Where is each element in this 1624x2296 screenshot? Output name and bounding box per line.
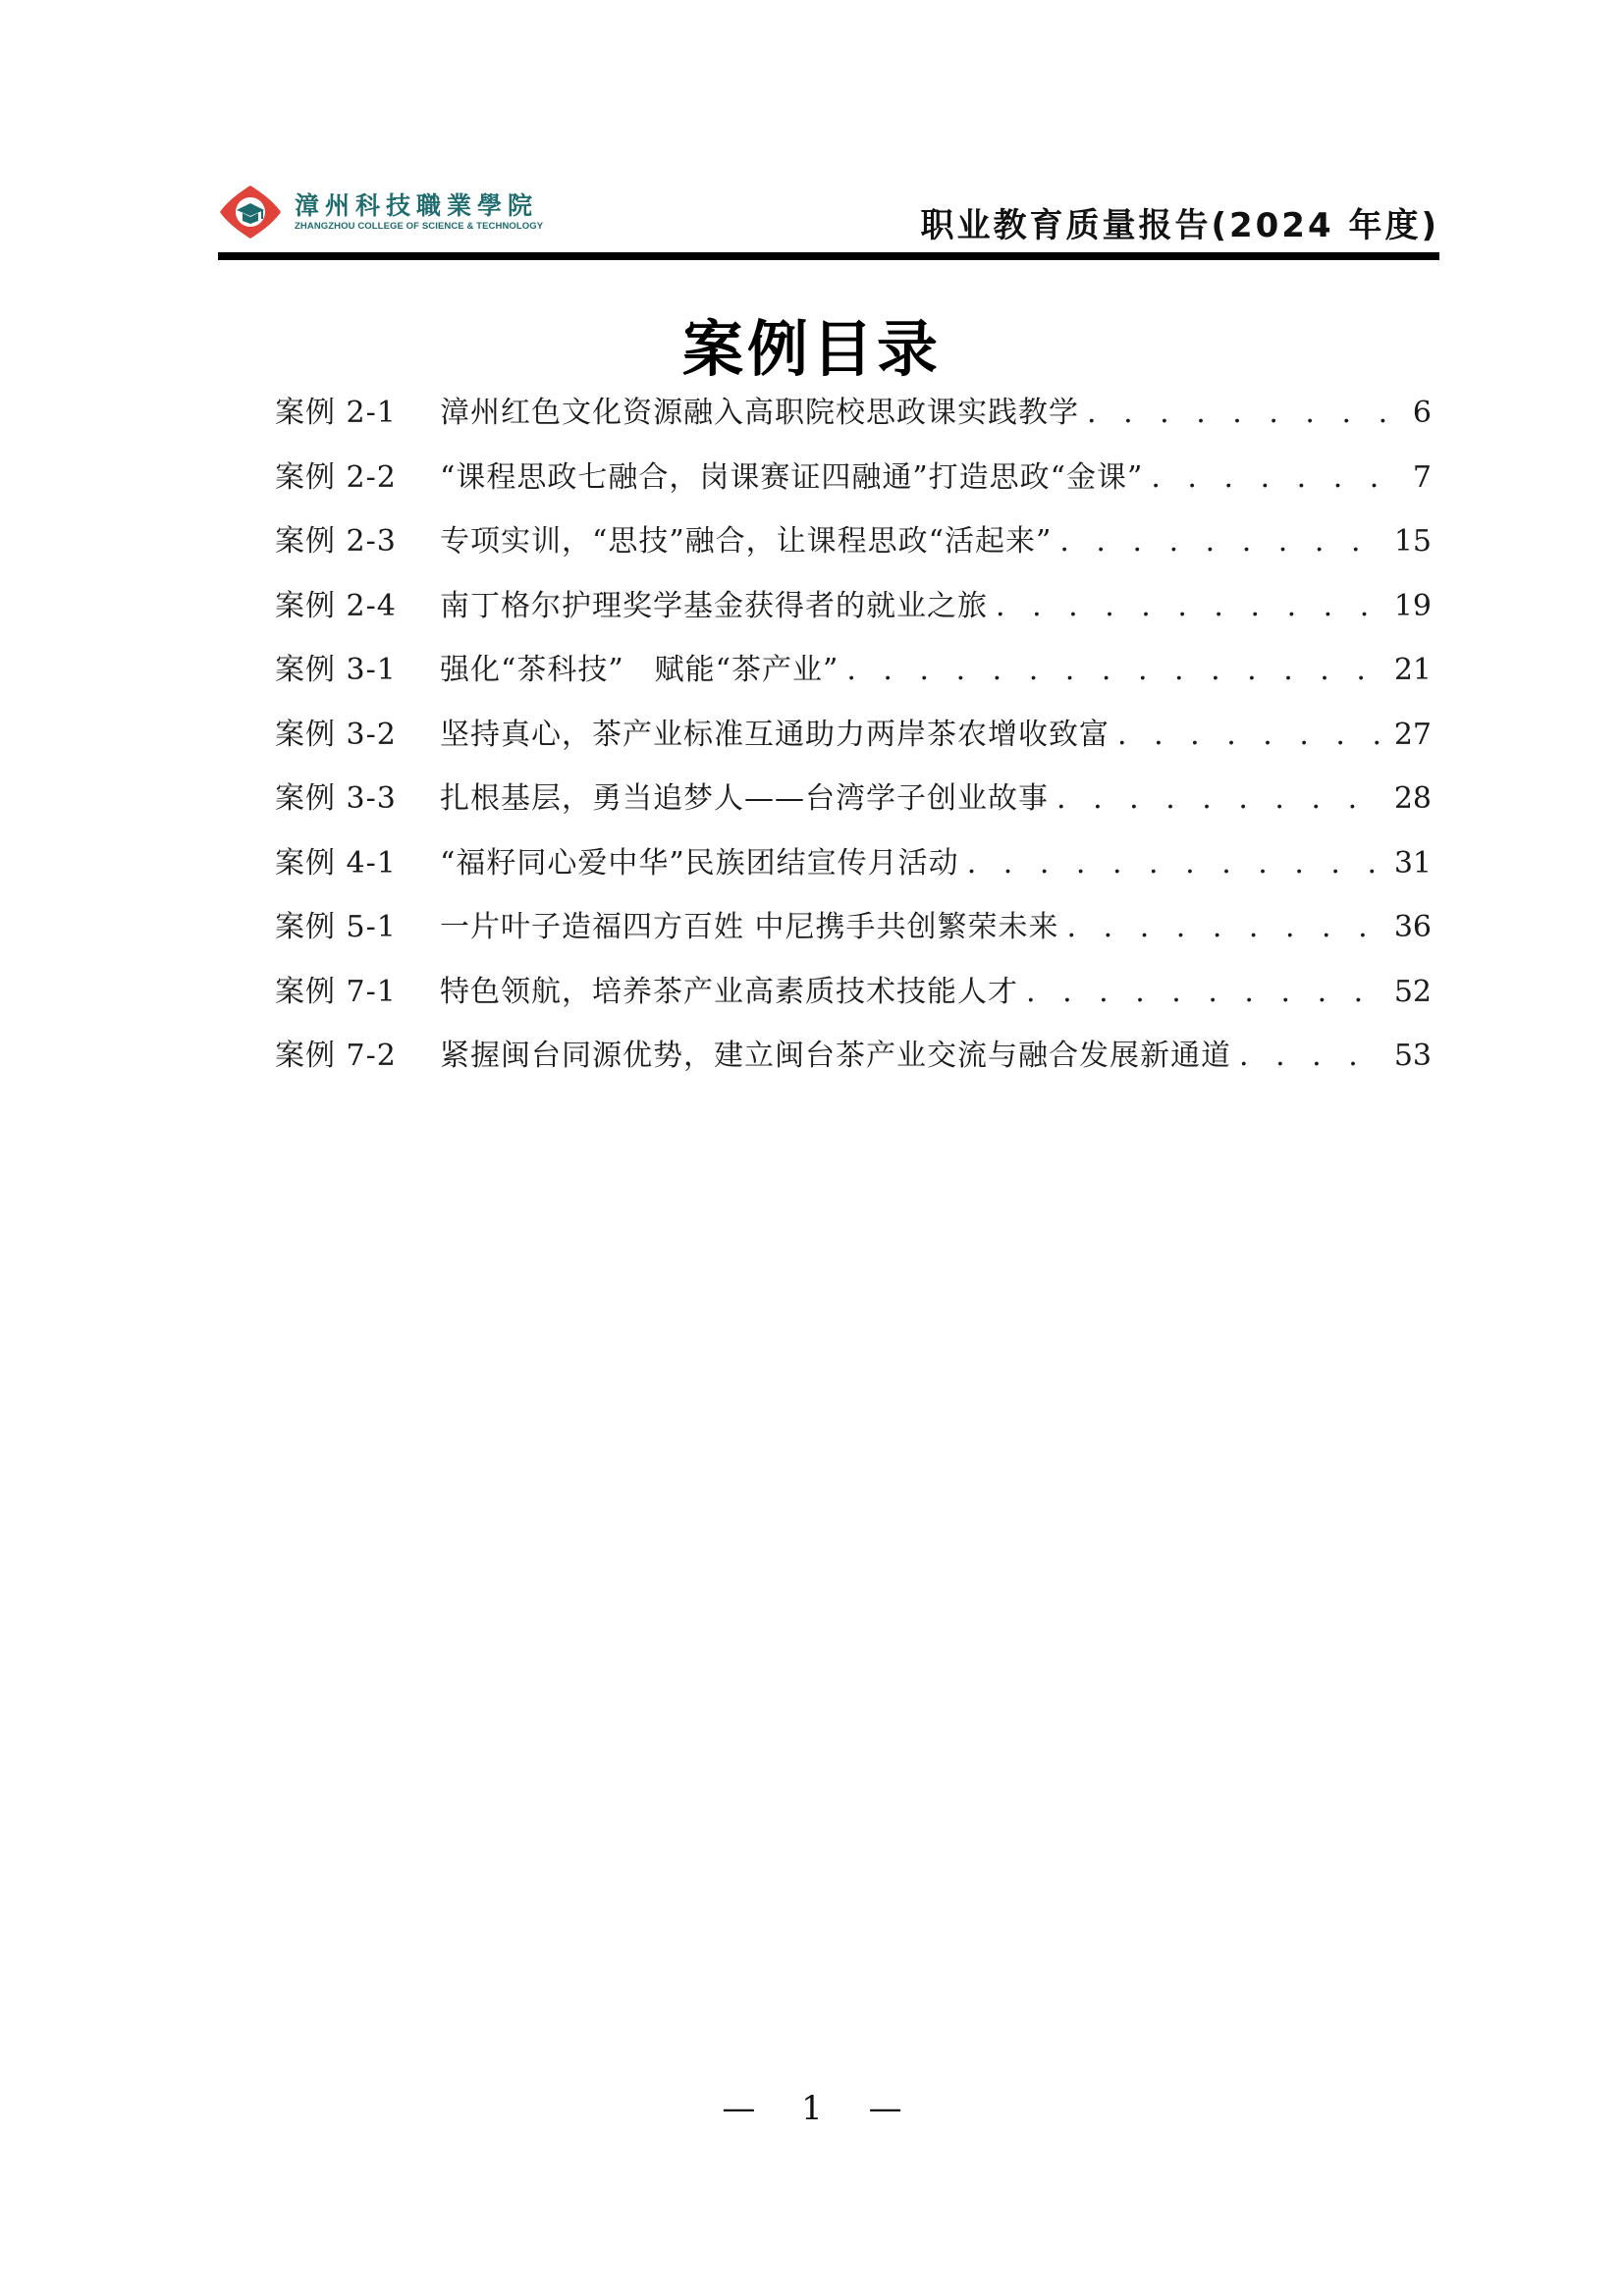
toc-entry-label: 案例 2-1 bbox=[275, 391, 440, 436]
toc-entry-label: 案例 3-2 bbox=[275, 713, 440, 758]
footer-dash-left: — bbox=[722, 2089, 755, 2128]
toc-entry-label: 案例 7-1 bbox=[275, 970, 440, 1015]
toc-leader-dots bbox=[1026, 970, 1386, 1015]
toc-entry-title: 漳州红色文化资源融入高职院校思政课实践教学 bbox=[440, 391, 1079, 436]
toc-entry-title: 专项实训，“思技”融合，让课程思政“活起来” bbox=[440, 519, 1052, 564]
toc-entry[interactable]: 案例 4-1 “福籽同心爱中华”民族团结宣传月活动 31 bbox=[275, 841, 1432, 906]
toc-entry-page: 31 bbox=[1394, 841, 1432, 886]
toc-list: 案例 2-1 漳州红色文化资源融入高职院校思政课实践教学 6 案例 2-2 “课… bbox=[275, 391, 1432, 1098]
toc-entry-title: 强化“茶科技” 赋能“茶产业” bbox=[440, 648, 839, 693]
toc-entry-page: 52 bbox=[1394, 970, 1432, 1015]
toc-entry-page: 21 bbox=[1394, 648, 1432, 693]
toc-leader-dots bbox=[1117, 713, 1386, 758]
toc-entry-page: 28 bbox=[1394, 776, 1432, 822]
college-name-en: ZHANGZHOU COLLEGE OF SCIENCE & TECHNOLOG… bbox=[295, 221, 543, 233]
header-divider bbox=[218, 252, 1439, 260]
toc-entry[interactable]: 案例 3-1 强化“茶科技” 赋能“茶产业” 21 bbox=[275, 648, 1432, 713]
toc-entry[interactable]: 案例 3-3 扎根基层，勇当追梦人——台湾学子创业故事 28 bbox=[275, 776, 1432, 841]
page-number: 1 bbox=[801, 2089, 823, 2128]
toc-entry-label: 案例 5-1 bbox=[275, 905, 440, 950]
toc-entry-title: 坚持真心，茶产业标准互通助力两岸茶农增收致富 bbox=[440, 713, 1110, 758]
toc-leader-dots bbox=[1151, 455, 1404, 501]
toc-entry-label: 案例 2-4 bbox=[275, 584, 440, 629]
toc-entry-label: 案例 2-3 bbox=[275, 519, 440, 564]
toc-leader-dots bbox=[996, 584, 1386, 629]
toc-entry-title: “课程思政七融合，岗课赛证四融通”打造思政“金课” bbox=[440, 455, 1143, 501]
toc-entry-label: 案例 7-2 bbox=[275, 1034, 440, 1079]
toc-leader-dots bbox=[1239, 1034, 1386, 1079]
toc-leader-dots bbox=[967, 841, 1386, 886]
toc-entry[interactable]: 案例 2-2 “课程思政七融合，岗课赛证四融通”打造思政“金课” 7 bbox=[275, 455, 1432, 520]
toc-entry-page: 27 bbox=[1394, 713, 1432, 758]
toc-entry-title: “福籽同心爱中华”民族团结宣传月活动 bbox=[440, 841, 959, 886]
toc-entry-title: 南丁格尔护理奖学基金获得者的就业之旅 bbox=[440, 584, 988, 629]
toc-entry[interactable]: 案例 2-1 漳州红色文化资源融入高职院校思政课实践教学 6 bbox=[275, 391, 1432, 455]
toc-entry[interactable]: 案例 2-3 专项实训，“思技”融合，让课程思政“活起来” 15 bbox=[275, 519, 1432, 584]
toc-entry-page: 7 bbox=[1412, 455, 1432, 501]
toc-leader-dots bbox=[1087, 391, 1404, 436]
college-emblem-icon bbox=[218, 184, 283, 240]
toc-entry[interactable]: 案例 5-1 一片叶子造福四方百姓 中尼携手共创繁荣未来 36 bbox=[275, 905, 1432, 970]
toc-entry-page: 53 bbox=[1394, 1034, 1432, 1079]
page-header: 漳州科技職業學院 ZHANGZHOU COLLEGE OF SCIENCE & … bbox=[218, 177, 1439, 263]
toc-leader-dots bbox=[1059, 519, 1385, 564]
toc-entry-title: 紧握闽台同源优势，建立闽台茶产业交流与融合发展新通道 bbox=[440, 1034, 1231, 1079]
college-name-cn: 漳州科技職業學院 bbox=[295, 191, 543, 221]
toc-entry-label: 案例 2-2 bbox=[275, 455, 440, 501]
toc-entry-title: 扎根基层，勇当追梦人——台湾学子创业故事 bbox=[440, 776, 1049, 822]
toc-entry-title: 特色领航，培养茶产业高素质技术技能人才 bbox=[440, 970, 1018, 1015]
toc-entry[interactable]: 案例 3-2 坚持真心，茶产业标准互通助力两岸茶农增收致富 27 bbox=[275, 713, 1432, 777]
toc-entry[interactable]: 案例 2-4 南丁格尔护理奖学基金获得者的就业之旅 19 bbox=[275, 584, 1432, 649]
toc-entry[interactable]: 案例 7-2 紧握闽台同源优势，建立闽台茶产业交流与融合发展新通道 53 bbox=[275, 1034, 1432, 1098]
footer-dash-right: — bbox=[869, 2089, 902, 2128]
toc-entry-page: 19 bbox=[1394, 584, 1432, 629]
toc-leader-dots bbox=[1056, 776, 1386, 822]
toc-leader-dots bbox=[1067, 905, 1386, 950]
college-logo: 漳州科技職業學院 ZHANGZHOU COLLEGE OF SCIENCE & … bbox=[218, 183, 543, 241]
toc-title: 案例目录 bbox=[0, 300, 1624, 388]
report-title: 职业教育质量报告(2024 年度) bbox=[920, 198, 1439, 246]
toc-entry-page: 36 bbox=[1394, 905, 1432, 950]
toc-entry-page: 6 bbox=[1412, 391, 1432, 436]
toc-entry-page: 15 bbox=[1394, 519, 1432, 564]
toc-entry[interactable]: 案例 7-1 特色领航，培养茶产业高素质技术技能人才 52 bbox=[275, 970, 1432, 1035]
toc-entry-label: 案例 3-1 bbox=[275, 648, 440, 693]
toc-leader-dots bbox=[846, 648, 1385, 693]
toc-entry-label: 案例 4-1 bbox=[275, 841, 440, 886]
toc-entry-title: 一片叶子造福四方百姓 中尼携手共创繁荣未来 bbox=[440, 905, 1059, 950]
toc-entry-label: 案例 3-3 bbox=[275, 776, 440, 822]
page-footer: — 1 — bbox=[0, 2089, 1624, 2128]
